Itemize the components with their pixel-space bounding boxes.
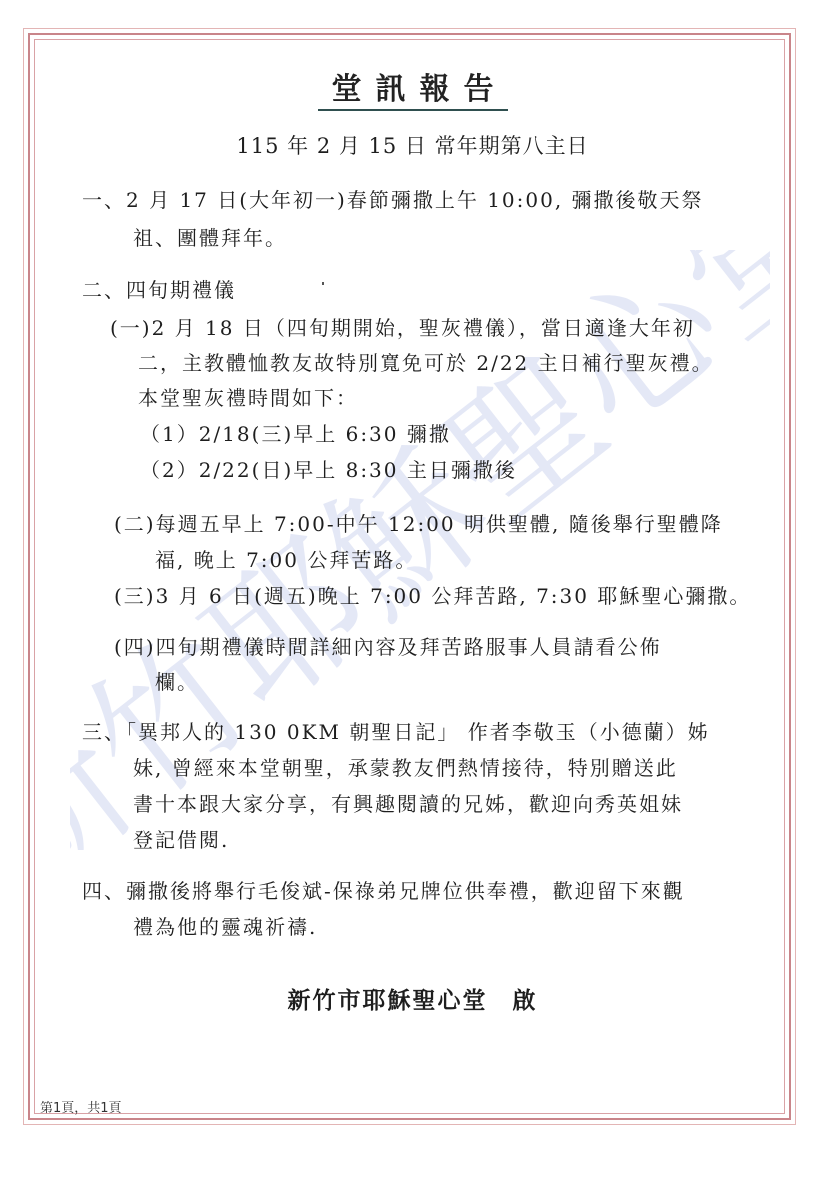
section-2-item-1-line-3: 本堂聖灰禮時間如下： — [138, 384, 358, 412]
document-title-text: 堂訊報告 — [318, 72, 508, 111]
section-2-item-4-line-2: 欄。 — [155, 668, 199, 696]
section-2-item-1-line-1: (一)2 月 18 日（四旬期開始，聖灰禮儀），當日適逢大年初 — [110, 314, 695, 342]
section-3-line-3: 書十本跟大家分享，有興趣閱讀的兄姊，歡迎向秀英姐妹 — [133, 790, 683, 818]
section-2-item-2-line-2: 福, 晚上 7:00 公拜苦路。 — [155, 546, 417, 574]
schedule-item-2: （2）2/22(日)早上 8:30 主日彌撒後 — [140, 456, 517, 484]
section-3-line-1: 三、「異邦人的 130 0KM 朝聖日記」 作者李敬玉（小德蘭）姊 — [82, 718, 710, 746]
section-2-item-4-line-1: (四)四旬期禮儀時間詳細內容及拜苦路服事人員請看公佈 — [114, 633, 662, 661]
section-4-line-1: 四、彌撒後將舉行毛俊斌-保祿弟兄牌位供奉禮，歡迎留下來觀 — [82, 877, 685, 905]
document-date-line: 115 年 2 月 15 日 常年期第八主日 — [0, 130, 825, 160]
section-4-line-2: 禮為他的靈魂祈禱. — [133, 913, 317, 941]
section-3-line-2: 妹, 曾經來本堂朝聖，承蒙教友們熱情接待，特別贈送此 — [133, 754, 678, 782]
document-title: 堂訊報告 — [0, 64, 825, 108]
section-2-item-1-line-2: 二，主教體恤教友故特別寬免可於 2/22 主日補行聖灰禮。 — [138, 349, 714, 377]
scan-speck — [322, 282, 324, 285]
section-2-item-2-line-1: (二)每週五早上 7:00-中午 12:00 明供聖體, 隨後舉行聖體降 — [114, 510, 723, 538]
sign-off: 新竹市耶穌聖心堂 啟 — [0, 982, 825, 1015]
section-2-heading: 二、四旬期禮儀 — [82, 276, 236, 304]
section-3-line-4: 登記借閱. — [133, 826, 229, 854]
schedule-item-1: （1）2/18(三)早上 6:30 彌撒 — [140, 420, 451, 448]
section-1-line-2: 祖、團體拜年。 — [133, 224, 287, 252]
section-2-item-3-line-1: (三)3 月 6 日(週五)晚上 7:00 公拜苦路, 7:30 耶穌聖心彌撒。 — [114, 582, 751, 610]
page-number-footer: 第1頁，共1頁 — [40, 1097, 122, 1116]
section-1-line-1: 一、2 月 17 日(大年初一)春節彌撒上午 10:00, 彌撒後敬天祭 — [82, 186, 704, 214]
